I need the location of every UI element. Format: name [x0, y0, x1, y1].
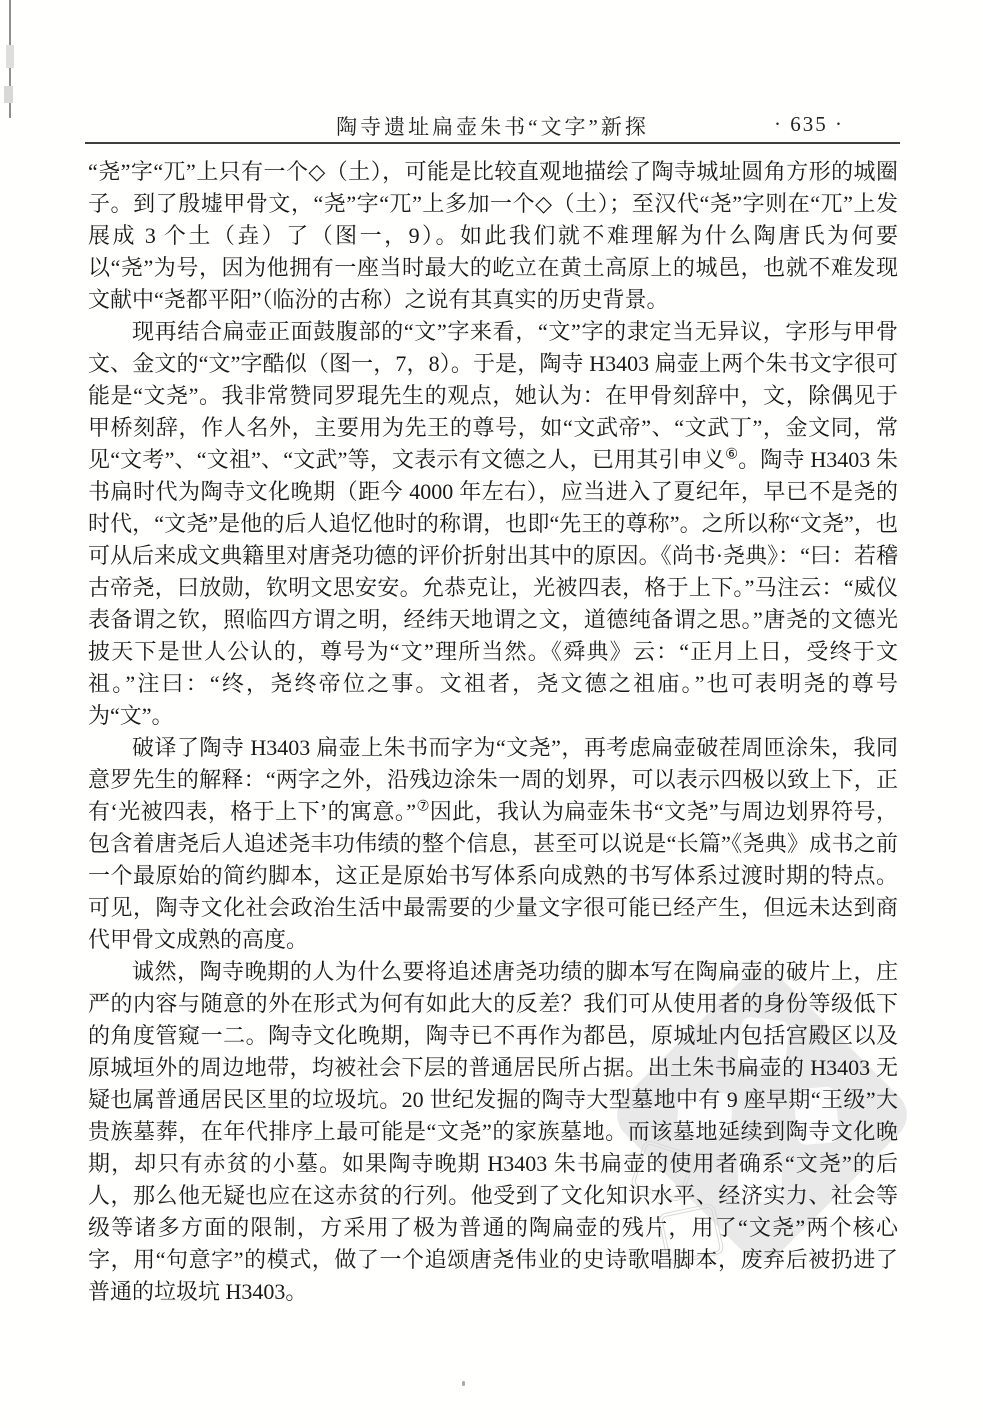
text-run: 诚然，陶寺晚期的人为什么要将追述唐尧功绩的脚本写在陶扁壶的破片上，庄严的内容与随… — [88, 959, 898, 1304]
header-rule — [85, 142, 900, 144]
scanned-book-page: 陶寺遗址扁壶朱书“文字”新探 · 635 · “尧”字“兀”上只有一个◇（土），… — [0, 0, 983, 1428]
paragraph-4: 诚然，陶寺晚期的人为什么要将追述唐尧功绩的脚本写在陶扁壶的破片上，庄严的内容与随… — [88, 956, 898, 1308]
running-title: 陶寺遗址扁壶朱书“文字”新探 — [336, 111, 649, 141]
text-run: 。陶寺 H3403 朱书扁时代为陶寺文化晚期（距今 4000 年左右），应当进入… — [88, 447, 898, 728]
paragraph-1: “尧”字“兀”上只有一个◇（土），可能是比较直观地描绘了陶寺城址圆角方形的城圈子… — [88, 156, 898, 316]
page-number: · 635 · — [774, 112, 844, 137]
footnote-marker: ⑦ — [416, 799, 430, 815]
footnote-marker: ⑥ — [725, 447, 738, 463]
scan-edge-artifact — [4, 86, 13, 103]
article-body: “尧”字“兀”上只有一个◇（土），可能是比较直观地描绘了陶寺城址圆角方形的城圈子… — [88, 156, 898, 1308]
page-header: 陶寺遗址扁壶朱书“文字”新探 · 635 · — [85, 111, 900, 141]
text-run: “尧”字“兀”上只有一个◇（土），可能是比较直观地描绘了陶寺城址圆角方形的城圈子… — [88, 159, 898, 312]
scan-speck-artifact — [462, 1381, 465, 1386]
paragraph-2: 现再结合扁壶正面鼓腹部的“文”字来看，“文”字的隶定当无异议，字形与甲骨文、金文… — [88, 316, 898, 732]
paragraph-3: 破译了陶寺 H3403 扁壶上朱书而字为“文尧”，再考虑扁壶破茬周匝涂朱，我同意… — [88, 732, 898, 956]
scan-edge-artifact — [6, 45, 14, 68]
